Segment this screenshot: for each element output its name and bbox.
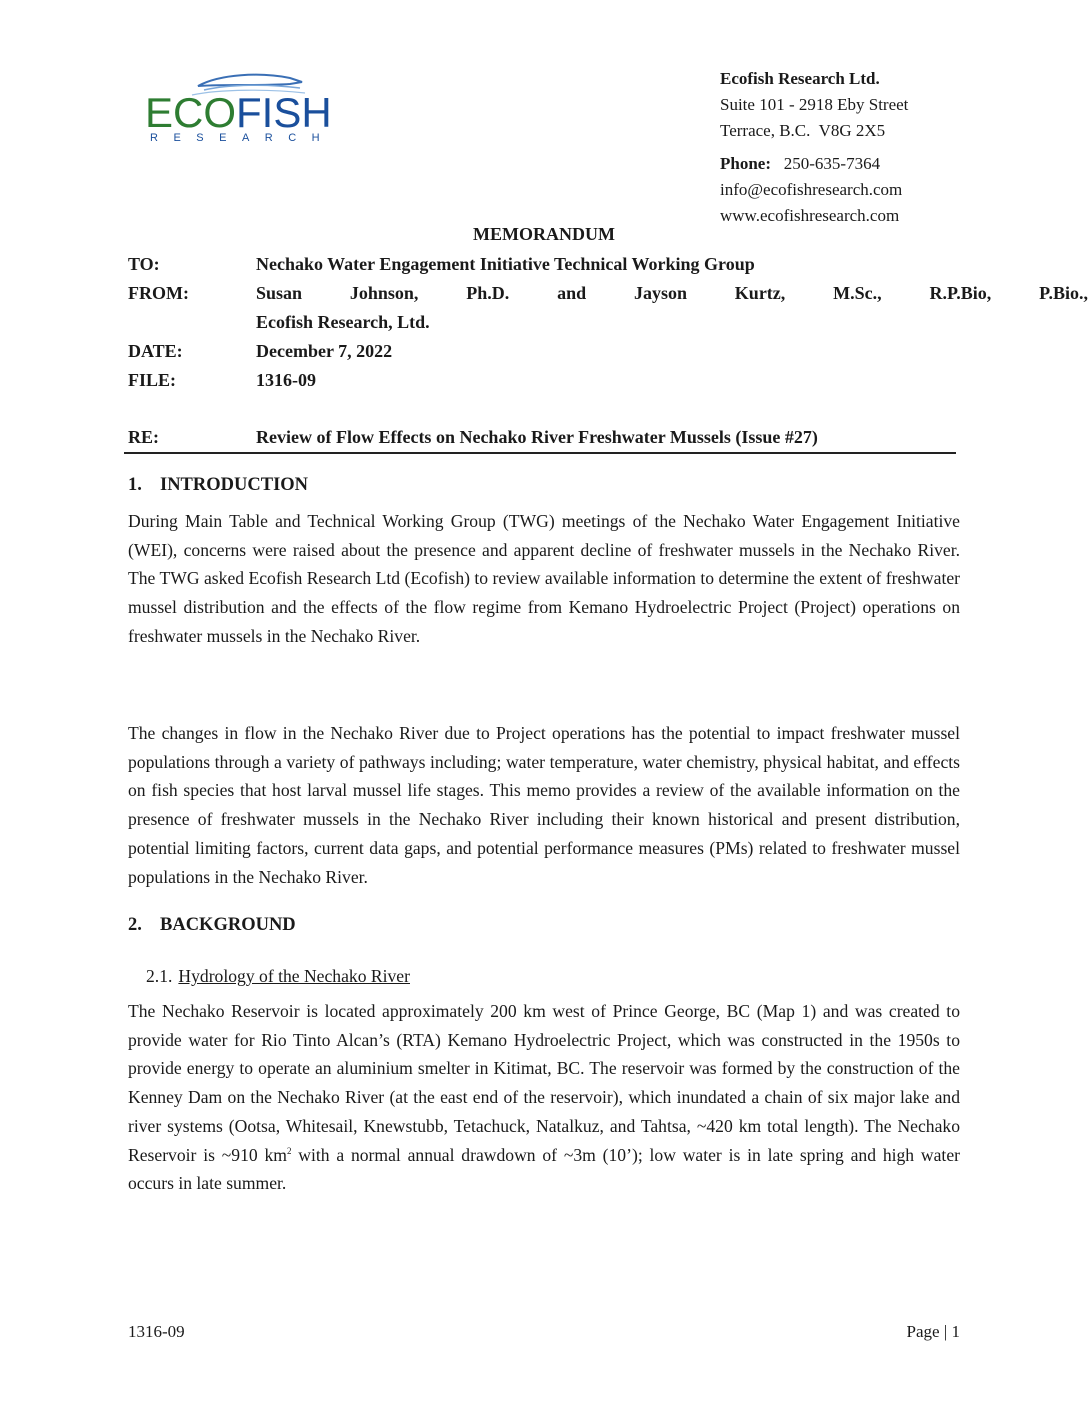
date-value: December 7, 2022	[256, 337, 1088, 366]
section-1-paragraph-2: The changes in flow in the Nechako River…	[128, 719, 960, 891]
date-label: DATE:	[128, 337, 248, 366]
re-label: RE:	[128, 423, 248, 452]
logo-fish-text: FISH	[236, 89, 332, 136]
address-line-2: Terrace, B.C. V8G 2X5	[720, 118, 908, 144]
phone-label: Phone:	[720, 154, 771, 173]
address-line-1: Suite 101 - 2918 Eby Street	[720, 92, 908, 118]
company-name: Ecofish Research Ltd.	[720, 66, 908, 92]
paragraph-text: The Nechako Reservoir is located approxi…	[128, 1001, 960, 1165]
section-1-title: INTRODUCTION	[160, 475, 308, 495]
memo-title: MEMORANDUM	[0, 224, 1088, 245]
email-link[interactable]: info@ecofishresearch.com	[720, 177, 908, 203]
phone-line: Phone: 250-635-7364	[720, 151, 908, 177]
section-2-number: 2.	[128, 915, 160, 936]
file-value: 1316-09	[256, 366, 1088, 395]
from-label: FROM:	[128, 279, 248, 308]
re-value: Review of Flow Effects on Nechako River …	[256, 423, 1088, 452]
phone-number: 250-635-7364	[784, 154, 880, 173]
subsection-2-1-title: Hydrology of the Nechako River	[178, 966, 410, 986]
logo-eco-text: ECO	[145, 89, 236, 136]
ecofish-logo: ECOFISH RESEARCH	[140, 70, 330, 150]
subsection-2-1-number: 2.1.	[146, 966, 172, 986]
from-value-line-1: Susan Johnson, Ph.D. and Jayson Kurtz, M…	[256, 279, 1088, 308]
section-2-heading: 2.BACKGROUND	[128, 915, 296, 936]
to-value: Nechako Water Engagement Initiative Tech…	[256, 250, 1088, 279]
file-label: FILE:	[128, 366, 248, 395]
header-divider	[124, 452, 956, 454]
to-label: TO:	[128, 250, 248, 279]
subsection-2-1-heading: 2.1.Hydrology of the Nechako River	[146, 966, 410, 987]
section-2-1-paragraph-1: The Nechako Reservoir is located approxi…	[128, 997, 960, 1198]
footer-file-number: 1316-09	[128, 1322, 185, 1342]
company-address: Ecofish Research Ltd. Suite 101 - 2918 E…	[720, 66, 908, 229]
from-value-line-2: Ecofish Research, Ltd.	[256, 308, 1088, 337]
section-1-heading: 1.INTRODUCTION	[128, 475, 308, 496]
footer-page-number: Page | 1	[907, 1322, 960, 1342]
logo-subtitle: RESEARCH	[150, 132, 335, 144]
section-1-paragraph-1: During Main Table and Technical Working …	[128, 507, 960, 651]
section-1-number: 1.	[128, 475, 160, 496]
section-2-title: BACKGROUND	[160, 915, 296, 935]
